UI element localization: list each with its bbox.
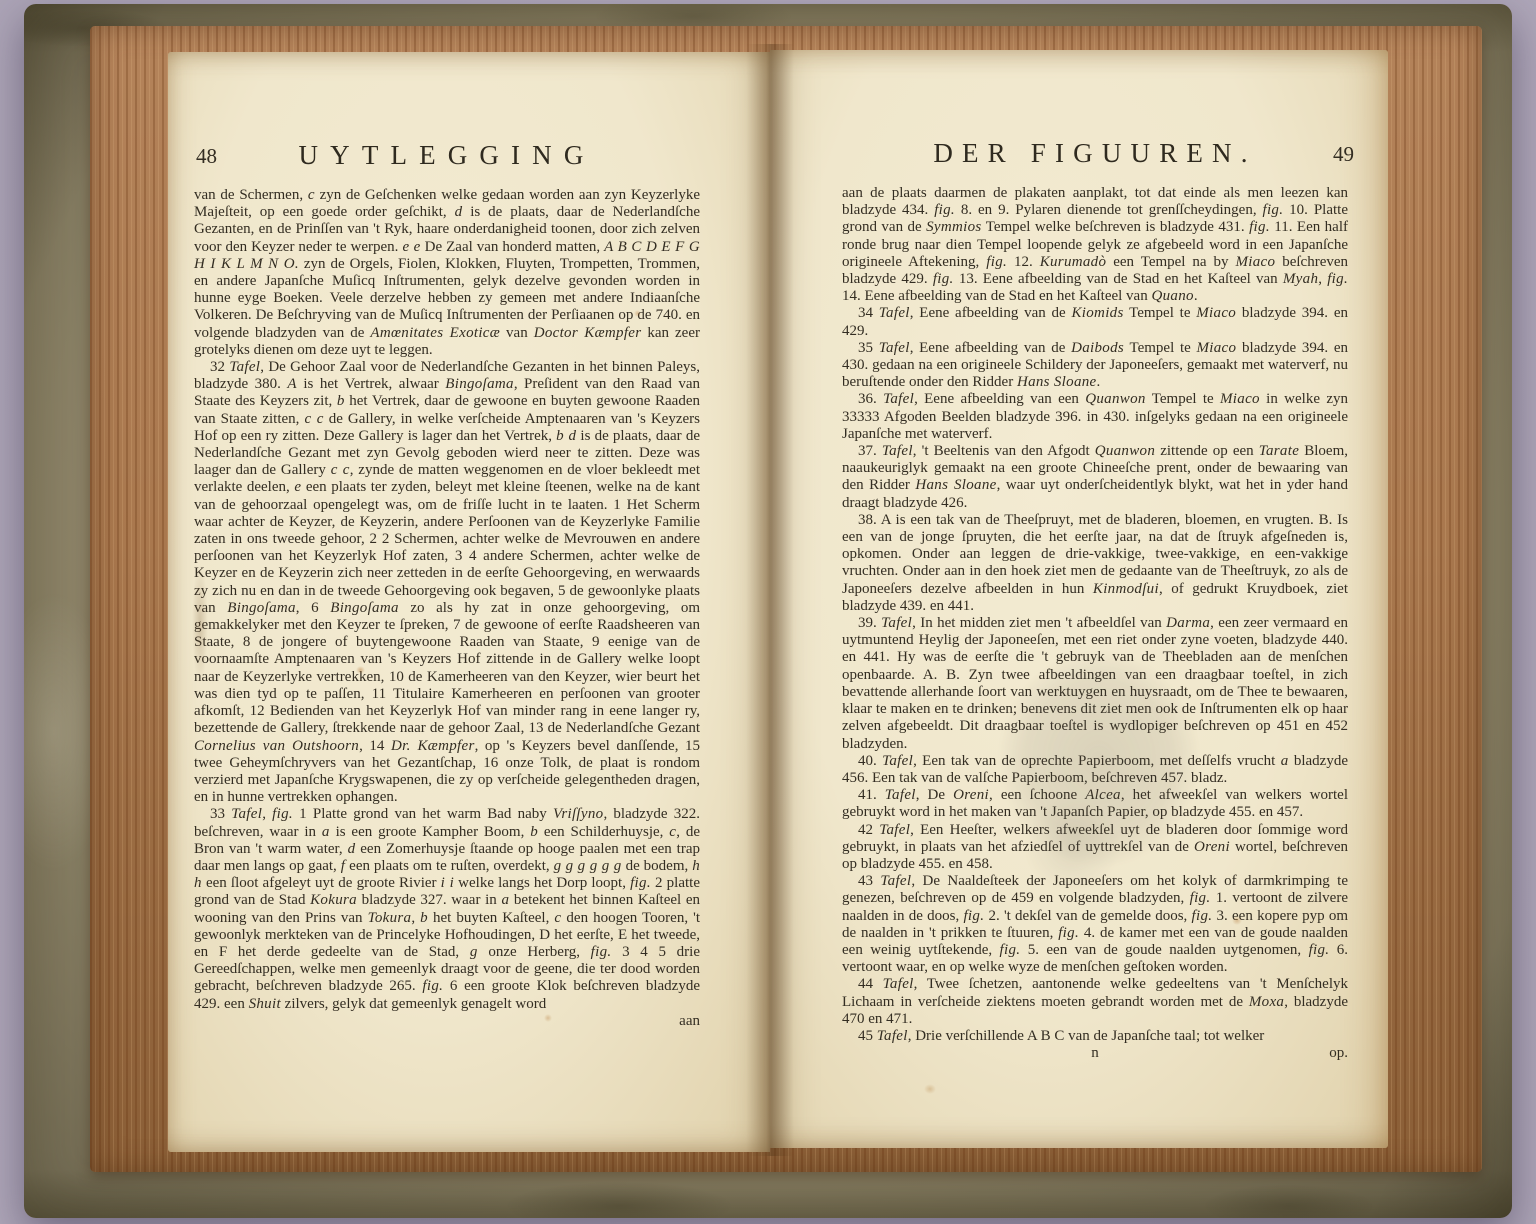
gathering-signature: n bbox=[1091, 1045, 1099, 1062]
paragraph: 33 Tafel, fig. 1 Platte grond van het wa… bbox=[194, 806, 700, 1012]
text-column-right: aan de plaats daarmen de plakaten aanpla… bbox=[842, 185, 1348, 1045]
paragraph: van de Schermen, c zyn de Geſchenken wel… bbox=[194, 187, 700, 359]
paragraph: 36. Tafel, Eene afbeelding van een Quanw… bbox=[842, 391, 1348, 443]
signature-line: n op. bbox=[842, 1045, 1348, 1063]
catchword-right: op. bbox=[1329, 1045, 1348, 1062]
catchword-line-left: aan bbox=[194, 1013, 700, 1030]
page-number-left: 48 bbox=[196, 144, 217, 169]
paragraph: 38. A is een tak van de Theeſpruyt, met … bbox=[842, 512, 1348, 615]
paragraph: 43 Tafel, De Naaldeſteek der Japoneeſers… bbox=[842, 873, 1348, 976]
paragraph: 35 Tafel, Eene afbeelding van de Daibods… bbox=[842, 340, 1348, 392]
text-column-left: van de Schermen, c zyn de Geſchenken wel… bbox=[194, 187, 700, 1013]
open-book: 48 UYTLEGGING van de Schermen, c zyn de … bbox=[24, 4, 1512, 1218]
paragraph: 44 Tafel, Twee ſchetzen, aantonende welk… bbox=[842, 976, 1348, 1028]
running-title-right: DER FIGUUREN. bbox=[933, 138, 1256, 168]
photo-background: 48 UYTLEGGING van de Schermen, c zyn de … bbox=[0, 0, 1536, 1224]
left-page: 48 UYTLEGGING van de Schermen, c zyn de … bbox=[168, 52, 770, 1152]
running-head-left: 48 UYTLEGGING bbox=[194, 140, 700, 174]
paragraph: 34 Tafel, Eene afbeelding van de Kiomids… bbox=[842, 305, 1348, 339]
page-number-right: 49 bbox=[1333, 142, 1354, 167]
paragraph: 42 Tafel, Een Heeſter, welkers afweekſel… bbox=[842, 822, 1348, 874]
right-page: DER FIGUUREN. 49 aan de plaats daarmen d… bbox=[770, 50, 1388, 1148]
paragraph: 37. Tafel, 't Beeltenis van den Afgodt Q… bbox=[842, 443, 1348, 512]
paragraph: 41. Tafel, De Oreni, een ſchoone Alcea, … bbox=[842, 787, 1348, 821]
running-title-left: UYTLEGGING bbox=[299, 140, 596, 170]
running-head-right: DER FIGUUREN. 49 bbox=[842, 138, 1348, 172]
paragraph: 45 Tafel, Drie verſchillende A B C van d… bbox=[842, 1028, 1348, 1045]
paragraph: 39. Tafel, In het midden ziet men 't afb… bbox=[842, 615, 1348, 753]
catchword-left: aan bbox=[679, 1013, 700, 1029]
paragraph: 32 Tafel, De Gehoor Zaal voor de Nederla… bbox=[194, 359, 700, 806]
paragraph: 40. Tafel, Een tak van de oprechte Papie… bbox=[842, 753, 1348, 787]
paragraph: aan de plaats daarmen de plakaten aanpla… bbox=[842, 185, 1348, 305]
